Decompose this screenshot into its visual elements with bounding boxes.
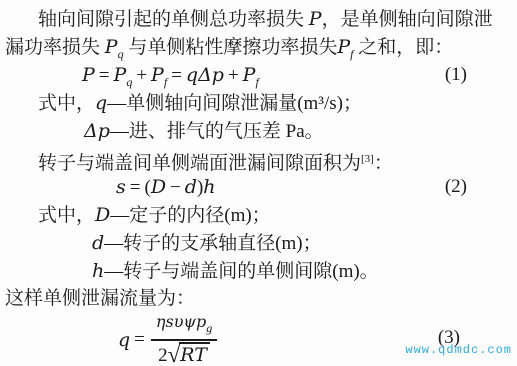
citation-reference-3: [3] <box>361 153 374 165</box>
variable-d: d <box>92 232 104 254</box>
definition-line-d: d—转子的支承轴直径(m)； <box>0 229 517 257</box>
text-segment: 与单侧粘性摩擦功率损失 <box>124 37 338 58</box>
variable-RT: RT <box>179 342 210 366</box>
variable-d: d <box>185 176 197 198</box>
equals-sign: = <box>126 177 145 198</box>
plus-sign: + <box>224 65 243 86</box>
equals-sign: = <box>130 326 149 354</box>
variable-P: P <box>243 64 256 86</box>
variable-P: P <box>337 36 350 58</box>
text-segment: —转子的支承轴直径(m)； <box>104 233 321 254</box>
equals-sign: = <box>167 65 186 86</box>
text-segment: —定子的内径(m)； <box>110 205 270 226</box>
variable-P: P <box>82 64 95 86</box>
variable-q: q <box>186 64 198 86</box>
text-segment: 之和，即： <box>353 37 453 58</box>
coefficient-2: 2 <box>158 345 168 366</box>
plus-sign: + <box>132 65 151 86</box>
para-line-1: 轴向间隙引起的单侧总功率损失 P，是单侧轴向间隙泄 <box>0 5 517 33</box>
variable-h: h <box>92 260 104 282</box>
text-segment: —进、排气的气压差 Pa。 <box>110 121 324 142</box>
fraction: ηsυψpg2√RT <box>151 312 217 366</box>
subscript-f: f <box>255 75 258 89</box>
subscript-g: g <box>206 321 212 335</box>
variable-q: q <box>118 326 130 354</box>
equation-number-1: (1) <box>445 61 467 89</box>
text-segment: 轴向间隙引起的单侧总功率损失 <box>38 9 309 30</box>
text-segment: —转子与端盖间的单侧间隙(m)。 <box>104 261 378 282</box>
variable-delta-p: Δp <box>198 64 224 86</box>
variable-h: h <box>203 176 215 198</box>
text-segment: 转子与端盖间单侧端面泄漏间隙面积为 <box>38 153 361 174</box>
text-segment: —单侧轴向间隙泄漏量(m³/s)； <box>107 93 362 114</box>
equation-number-2: (2) <box>445 173 467 201</box>
variable-D: D <box>95 204 110 226</box>
formula-1: P=Pq+Pf=qΔp+Pf(1) <box>0 61 517 89</box>
radical-sign: √ <box>168 342 181 366</box>
variable-q: q <box>95 92 107 114</box>
equals-sign: = <box>95 65 114 86</box>
text-segment: 这样单侧泄漏流量为： <box>5 288 195 309</box>
fraction-numerator: ηsυψpg <box>151 312 217 341</box>
formula-2: s=(D−d)h(2) <box>0 173 517 201</box>
variable-eta-s-upsilon-psi-p: ηsυψp <box>156 312 206 331</box>
text-segment: ： <box>374 153 393 174</box>
fraction-denominator: 2√RT <box>151 341 217 366</box>
watermark-url: www.qdmdc.com <box>405 336 512 364</box>
variable-P: P <box>105 36 118 58</box>
definition-line-h: h—转子与端盖间的单侧间隙(m)。 <box>0 257 517 285</box>
variable-D: D <box>151 176 166 198</box>
document-page: 轴向间隙引起的单侧总功率损失 P，是单侧轴向间隙泄 漏功率损失 Pq 与单侧粘性… <box>0 0 517 366</box>
text-segment: 漏功率损失 <box>5 37 105 58</box>
text-segment: ，是单侧轴向间隙泄 <box>322 9 493 30</box>
variable-P: P <box>114 64 127 86</box>
variable-P: P <box>309 8 322 30</box>
para-line-rotor: 转子与端盖间单侧端面泄漏间隙面积为[3]： <box>0 145 517 173</box>
text-segment: 式中， <box>38 205 95 226</box>
text-segment: 式中， <box>38 93 95 114</box>
para-line-2: 漏功率损失 Pq 与单侧粘性摩擦功率损失Pf 之和，即： <box>0 33 517 61</box>
variable-delta-p: Δp <box>84 120 110 142</box>
variable-s: s <box>116 176 126 198</box>
minus-sign: − <box>166 177 185 198</box>
definition-line-q: 式中，q—单侧轴向间隙泄漏量(m³/s)； <box>0 89 517 117</box>
variable-P: P <box>151 64 164 86</box>
para-line-flow: 这样单侧泄漏流量为： <box>0 285 517 313</box>
definition-line-delta-p: Δp—进、排气的气压差 Pa。 <box>0 117 517 145</box>
definition-line-D: 式中，D—定子的内径(m)； <box>0 201 517 229</box>
